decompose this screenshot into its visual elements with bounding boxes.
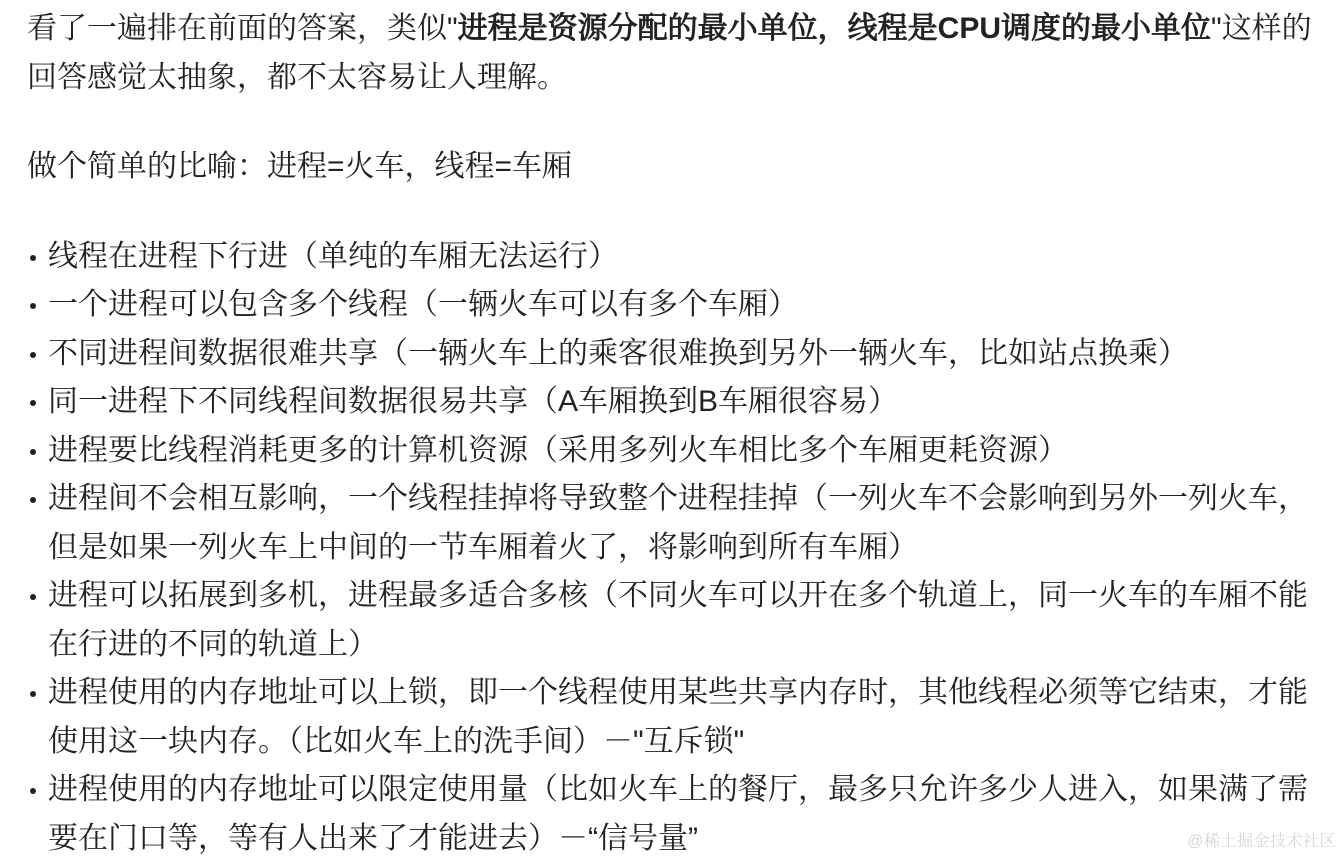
list-item: 一个进程可以包含多个线程（一辆火车可以有多个车厢） <box>48 281 1338 330</box>
analogy-summary-line: 做个简单的比喻：进程=火车，线程=车厢 <box>27 143 1338 192</box>
list-item: 进程使用的内存地址可以限定使用量（比如火车上的餐厅，最多只允许多少人进入，如果满… <box>48 766 1338 863</box>
list-item: 进程使用的内存地址可以上锁，即一个线程使用某些共享内存时，其他线程必须等它结束，… <box>48 669 1338 766</box>
intro-text-pre: 看了一遍排在前面的答案，类似" <box>27 12 458 45</box>
intro-paragraph: 看了一遍排在前面的答案，类似"进程是资源分配的最小单位，线程是CPU调度的最小单… <box>27 5 1338 102</box>
article-content: 看了一遍排在前面的答案，类似"进程是资源分配的最小单位，线程是CPU调度的最小单… <box>0 0 1344 863</box>
list-item: 进程要比线程消耗更多的计算机资源（采用多列火车相比多个车厢更耗资源） <box>48 427 1338 476</box>
list-item: 进程可以拓展到多机，进程最多适合多核（不同火车可以开在多个轨道上，同一火车的车厢… <box>48 572 1338 669</box>
analogy-bullet-list: 线程在进程下行进（单纯的车厢无法运行） 一个进程可以包含多个线程（一辆火车可以有… <box>27 233 1338 864</box>
list-item: 同一进程下不同线程间数据很易共享（A车厢换到B车厢很容易） <box>48 378 1338 427</box>
list-item: 进程间不会相互影响，一个线程挂掉将导致整个进程挂掉（一列火车不会影响到另外一列火… <box>48 475 1338 572</box>
list-item: 线程在进程下行进（单纯的车厢无法运行） <box>48 233 1338 282</box>
watermark: @稀土掘金技术社区 <box>1187 828 1336 851</box>
list-item: 不同进程间数据很难共享（一辆火车上的乘客很难换到另外一辆火车，比如站点换乘） <box>48 330 1338 379</box>
intro-text-bold: 进程是资源分配的最小单位，线程是CPU调度的最小单位 <box>458 12 1211 45</box>
